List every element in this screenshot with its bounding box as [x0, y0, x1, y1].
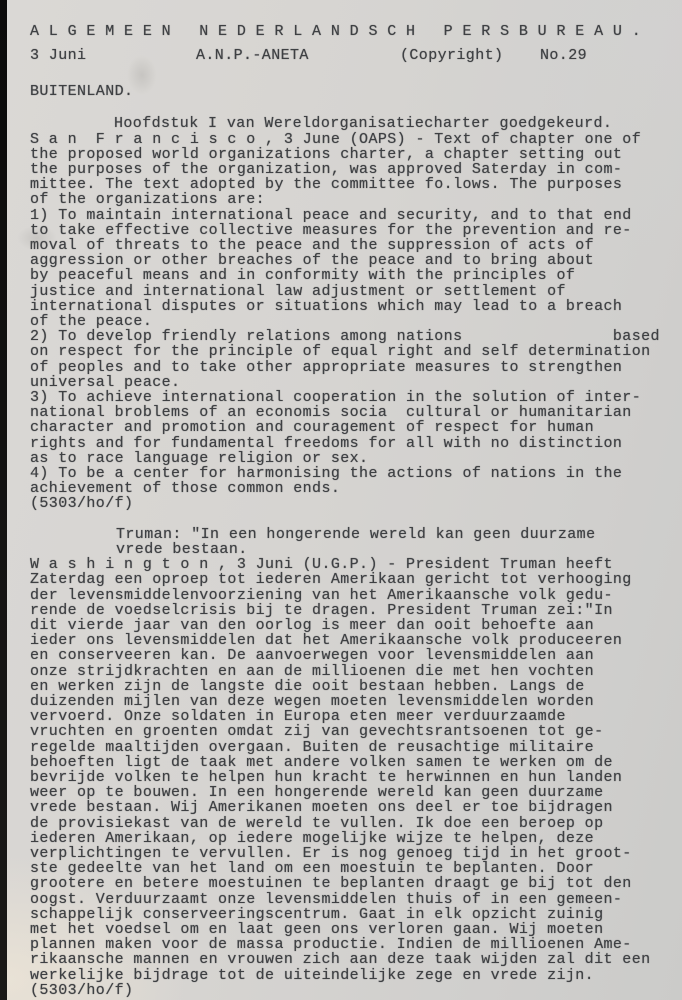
text-line: vrede bestaan.: [116, 542, 682, 557]
text-line: (5303/ho/f): [30, 983, 682, 998]
text-line: bevrijde volken te helpen hun kracht te …: [30, 770, 682, 785]
text-line: of the organizations are:: [30, 192, 682, 207]
text-line: der levensmiddelenvoorziening van het Am…: [30, 588, 682, 603]
text-line: Truman: "In een hongerende wereld kan ge…: [116, 527, 682, 542]
text-line: behoeften ligt de taak met andere volken…: [30, 755, 682, 770]
text-line: Zaterdag een oproep tot iederen Amerikaa…: [30, 572, 682, 587]
text-line: on respect for the principle of equal ri…: [30, 344, 682, 359]
article-world-charter: Hoofdstuk I van Wereldorganisatiecharter…: [30, 116, 682, 511]
text-line: 3) To achieve international cooperation …: [30, 390, 682, 405]
text-line: verplichtingen te vervullen. Er is nog g…: [30, 846, 682, 861]
text-line: 1) To maintain international peace and s…: [30, 208, 682, 223]
text-line: justice and international law adjustment…: [30, 284, 682, 299]
text-line: by peaceful means and in conformity with…: [30, 268, 682, 283]
text-line: rights and for fundamental freedoms for …: [30, 436, 682, 451]
text-line: schappelijk conserveeringscentrum. Gaat …: [30, 907, 682, 922]
text-line: rende de voedselcrisis bij te dragen. Pr…: [30, 603, 682, 618]
article-title: Hoofdstuk I van Wereldorganisatiecharter…: [30, 116, 682, 131]
article-truman-speech: Truman: "In een hongerende wereld kan ge…: [30, 527, 682, 998]
text-line: of peoples and to take other appropriate…: [30, 360, 682, 375]
text-line: the proposed world organizations charter…: [30, 147, 682, 162]
copyright-label: (Copyright): [400, 48, 503, 63]
text-line: en conserveeren kan. De aanvoerwegen voo…: [30, 648, 682, 663]
issue-info-row: 3 Juni A.N.P.-ANETA (Copyright) No.29: [30, 48, 682, 64]
text-line: duizenden mijlen van deze wegen moeten l…: [30, 694, 682, 709]
text-line: oogst. Verduurzaamt onze levensmiddelen …: [30, 892, 682, 907]
issue-number: No.29: [540, 48, 587, 63]
text-line: the purposes of the organization, was ap…: [30, 162, 682, 177]
text-line: grootere en betere moestuinen te beplant…: [30, 876, 682, 891]
text-line: as to race language religion or sex.: [30, 451, 682, 466]
text-line: regelde maaltijden overgaan. Buiten de r…: [30, 740, 682, 755]
text-line: met het voedsel om en laat geen ons verl…: [30, 922, 682, 937]
text-line: universal peace.: [30, 375, 682, 390]
text-line: character and promotion and couragement …: [30, 420, 682, 435]
text-line: moval of threats to the peace and the su…: [30, 238, 682, 253]
article-body: S a n F r a n c i s c o , 3 June (OAPS) …: [30, 132, 682, 497]
article-title: Truman: "In een hongerende wereld kan ge…: [30, 527, 682, 557]
text-line: to take effective collective measures fo…: [30, 223, 682, 238]
section-heading: BUITENLAND.: [30, 84, 682, 99]
text-line: vruchten en groenten omdat zij van gevec…: [30, 724, 682, 739]
press-bureau-masthead: A L G E M E E N N E D E R L A N D S C H …: [30, 24, 682, 39]
issue-date: 3 Juni: [30, 48, 86, 63]
text-line: S a n F r a n c i s c o , 3 June (OAPS) …: [30, 132, 682, 147]
text-line: werkelijke bijdrage tot de uiteindelijke…: [30, 968, 682, 983]
text-line: rikaansche mannen en vrouwen zich aan de…: [30, 952, 682, 967]
text-line: en werken zijn de langste die ooit besta…: [30, 679, 682, 694]
document-page: A L G E M E E N N E D E R L A N D S C H …: [7, 0, 682, 1000]
text-line: iederen Amerikaan, op iedere mogelijke w…: [30, 831, 682, 846]
text-line: onze strijdkrachten en aan de millioenen…: [30, 664, 682, 679]
service-name: A.N.P.-ANETA: [196, 48, 309, 63]
text-line: of the peace.: [30, 314, 682, 329]
text-line: international disputes or situations whi…: [30, 299, 682, 314]
sign-off: (5303/ho/f): [30, 496, 682, 511]
text-line: vrede bestaan. Wij Amerikanen moeten ons…: [30, 800, 682, 815]
scan-left-border: [0, 0, 7, 1000]
text-line: dit vierde jaar van den oorlog is meer d…: [30, 618, 682, 633]
article-body: W a s h i n g t o n , 3 Juni (U.G.P.) - …: [30, 557, 682, 998]
text-line: de provisiekast van de wereld te vullen.…: [30, 816, 682, 831]
text-line: 4) To be a center for harmonising the ac…: [30, 466, 682, 481]
